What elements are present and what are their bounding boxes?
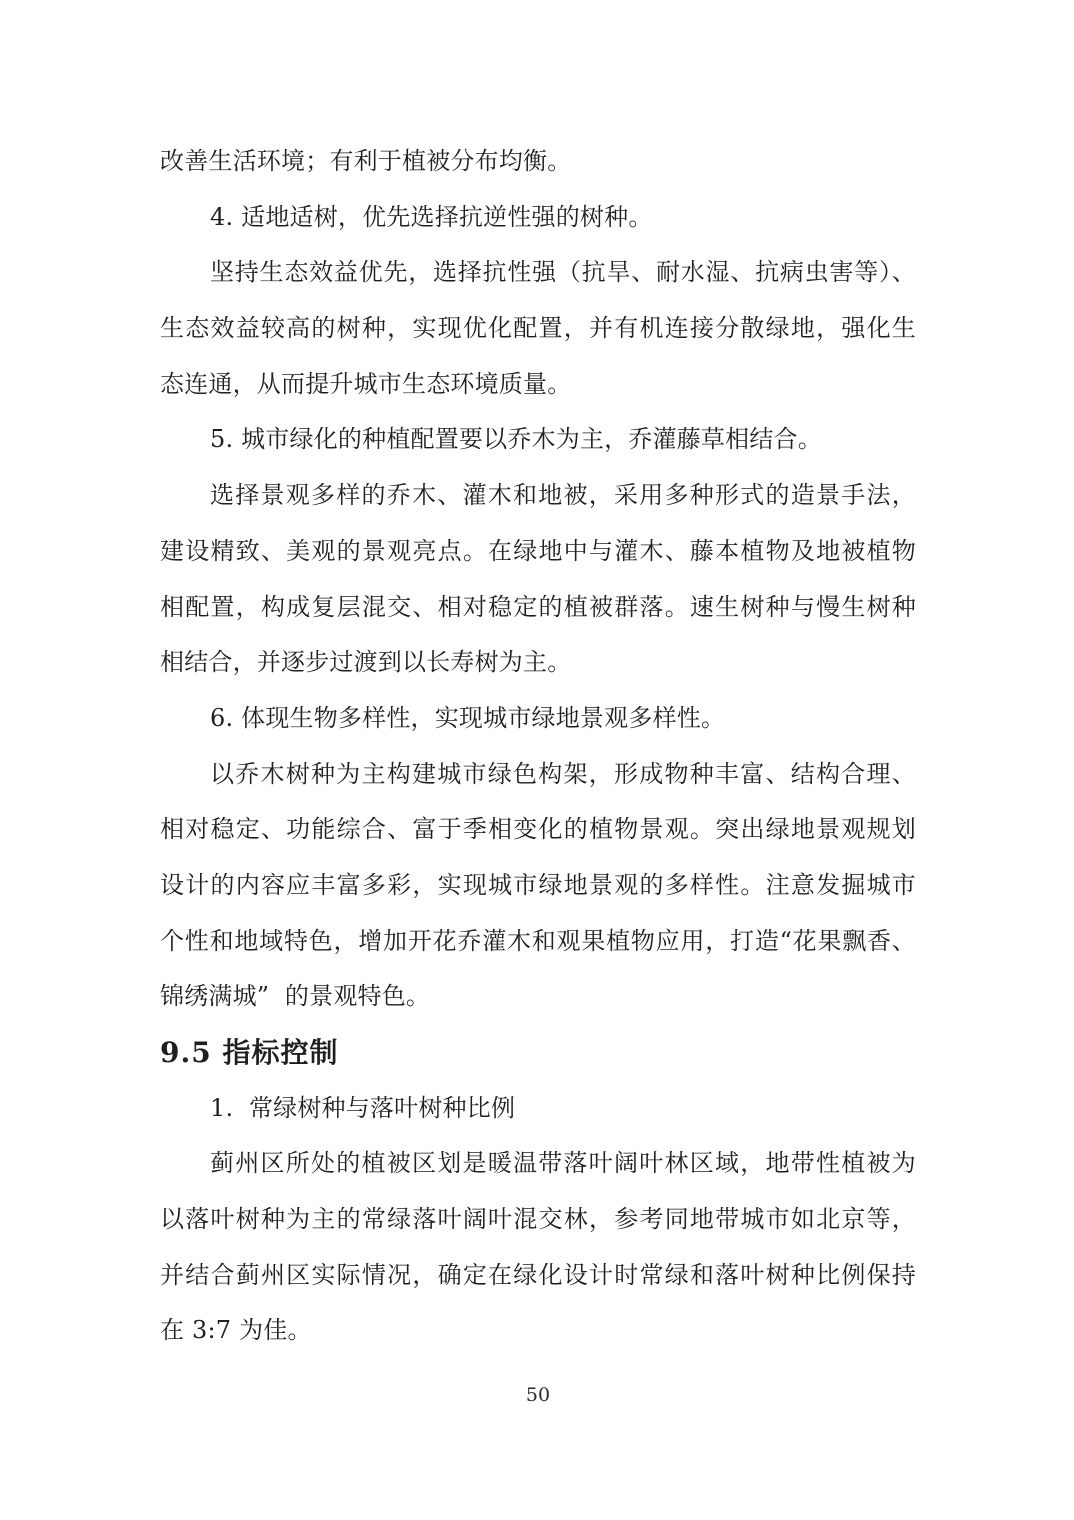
list-item-4: 4. 适地适树，优先选择抗逆性强的树种。: [160, 190, 916, 246]
body-line: 并结合蓟州区实际情况，确定在绿化设计时常绿和落叶树种比例保持: [160, 1248, 916, 1304]
body-line: 设计的内容应丰富多彩，实现城市绿地景观的多样性。注意发掘城市: [160, 858, 916, 914]
body-line: 改善生活环境；有利于植被分布均衡。: [160, 134, 916, 190]
body-line: 锦绣满城” 的景观特色。: [160, 969, 916, 1025]
list-item-5: 5. 城市绿化的种植配置要以乔木为主，乔灌藤草相结合。: [160, 412, 916, 468]
body-line: 蓟州区所处的植被区划是暖温带落叶阔叶林区域，地带性植被为: [160, 1136, 916, 1192]
body-line: 相配置，构成复层混交、相对稳定的植被群落。速生树种与慢生树种: [160, 580, 916, 636]
list-item-6: 6. 体现生物多样性，实现城市绿地景观多样性。: [160, 691, 916, 747]
list-item-1: 1. 常绿树种与落叶树种比例: [160, 1081, 916, 1137]
body-line: 个性和地域特色，增加开花乔灌木和观果植物应用，打造“花果飘香、: [160, 914, 916, 970]
section-heading: 9.5 指标控制: [160, 1025, 916, 1081]
page-number: 50: [160, 1384, 916, 1406]
body-line: 相对稳定、功能综合、富于季相变化的植物景观。突出绿地景观规划: [160, 802, 916, 858]
body-line: 建设精致、美观的景观亮点。在绿地中与灌木、藤本植物及地被植物: [160, 524, 916, 580]
body-line: 在 3:7 为佳。: [160, 1303, 916, 1359]
body-line: 选择景观多样的乔木、灌木和地被，采用多种形式的造景手法，: [160, 468, 916, 524]
body-line: 生态效益较高的树种，实现优化配置，并有机连接分散绿地，强化生: [160, 301, 916, 357]
body-line: 态连通，从而提升城市生态环境质量。: [160, 357, 916, 413]
body-line: 以乔木树种为主构建城市绿色构架，形成物种丰富、结构合理、: [160, 747, 916, 803]
document-page: 改善生活环境；有利于植被分布均衡。 4. 适地适树，优先选择抗逆性强的树种。 坚…: [0, 0, 1074, 1520]
body-line: 以落叶树种为主的常绿落叶阔叶混交林，参考同地带城市如北京等，: [160, 1192, 916, 1248]
body-line: 相结合，并逐步过渡到以长寿树为主。: [160, 635, 916, 691]
document-body: 改善生活环境；有利于植被分布均衡。 4. 适地适树，优先选择抗逆性强的树种。 坚…: [160, 134, 916, 1359]
body-line: 坚持生态效益优先，选择抗性强（抗旱、耐水湿、抗病虫害等）、: [160, 245, 916, 301]
